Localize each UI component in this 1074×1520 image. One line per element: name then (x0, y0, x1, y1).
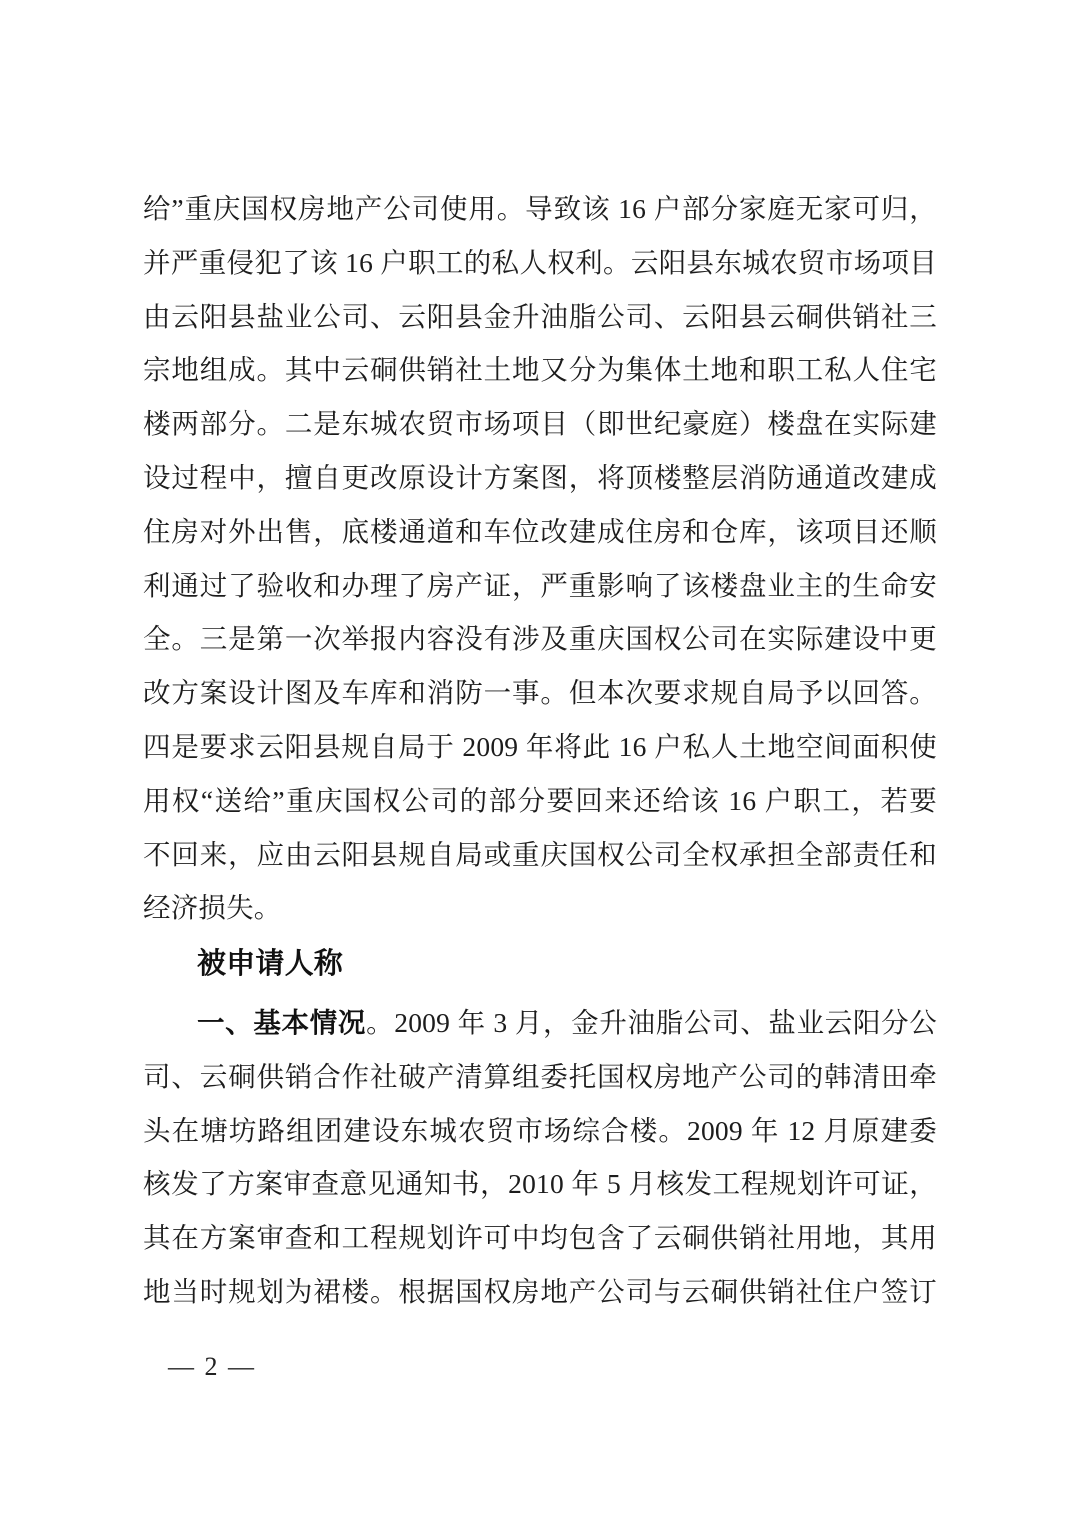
text-line: 住房对外出售，底楼通道和车位改建成住房和仓库，该项目还顺 (143, 505, 937, 559)
document-page: 给”重庆国权房地产公司使用。导致该 16 户部分家庭无家可归，并严重侵犯了该 1… (0, 0, 1074, 1520)
text-line: 不回来，应由云阳县规自局或重庆国权公司全权承担全部责任和 (143, 828, 937, 882)
text-line: 司、云硐供销合作社破产清算组委托国权房地产公司的韩清田牵 (143, 1050, 937, 1104)
text-line: 其在方案审查和工程规划许可中均包含了云硐供销社用地，其用 (143, 1211, 937, 1265)
text-line: 利通过了验收和办理了房产证，严重影响了该楼盘业主的生命安 (143, 559, 937, 613)
text-line: 楼两部分。二是东城农贸市场项目（即世纪豪庭）楼盘在实际建 (143, 397, 937, 451)
section-heading: 被申请人称 (143, 938, 937, 992)
document-body: 给”重庆国权房地产公司使用。导致该 16 户部分家庭无家可归，并严重侵犯了该 1… (143, 182, 937, 1319)
text-line: 由云阳县盐业公司、云阳县金升油脂公司、云阳县云硐供销社三 (143, 290, 937, 344)
text-line: 头在塘坊路组团建设东城农贸市场综合楼。2009 年 12 月原建委 (143, 1104, 937, 1158)
text-line: 给”重庆国权房地产公司使用。导致该 16 户部分家庭无家可归， (143, 182, 937, 236)
text-line: 改方案设计图及车库和消防一事。但本次要求规自局予以回答。 (143, 666, 937, 720)
text-line: 全。三是第一次举报内容没有涉及重庆国权公司在实际建设中更 (143, 612, 937, 666)
text-line: 并严重侵犯了该 16 户职工的私人权利。云阳县东城农贸市场项目 (143, 236, 937, 290)
text-line: 核发了方案审查意见通知书，2010 年 5 月核发工程规划许可证， (143, 1157, 937, 1211)
text-line: 用权“送给”重庆国权公司的部分要回来还给该 16 户职工，若要 (143, 774, 937, 828)
text-line: 一、基本情况。2009 年 3 月，金升油脂公司、盐业云阳分公 (143, 996, 937, 1050)
line-text: 。2009 年 3 月，金升油脂公司、盐业云阳分公 (366, 1007, 937, 1038)
text-line: 宗地组成。其中云硐供销社土地又分为集体土地和职工私人住宅 (143, 343, 937, 397)
text-line: 经济损失。 (143, 881, 937, 935)
text-line: 四是要求云阳县规自局于 2009 年将此 16 户私人土地空间面积使 (143, 720, 937, 774)
page-number: — 2 — (168, 1350, 256, 1384)
text-line: 设过程中，擅自更改原设计方案图，将顶楼整层消防通道改建成 (143, 451, 937, 505)
bold-lead-text: 一、基本情况 (197, 1007, 366, 1038)
text-line: 地当时规划为裙楼。根据国权房地产公司与云硐供销社住户签订 (143, 1265, 937, 1319)
